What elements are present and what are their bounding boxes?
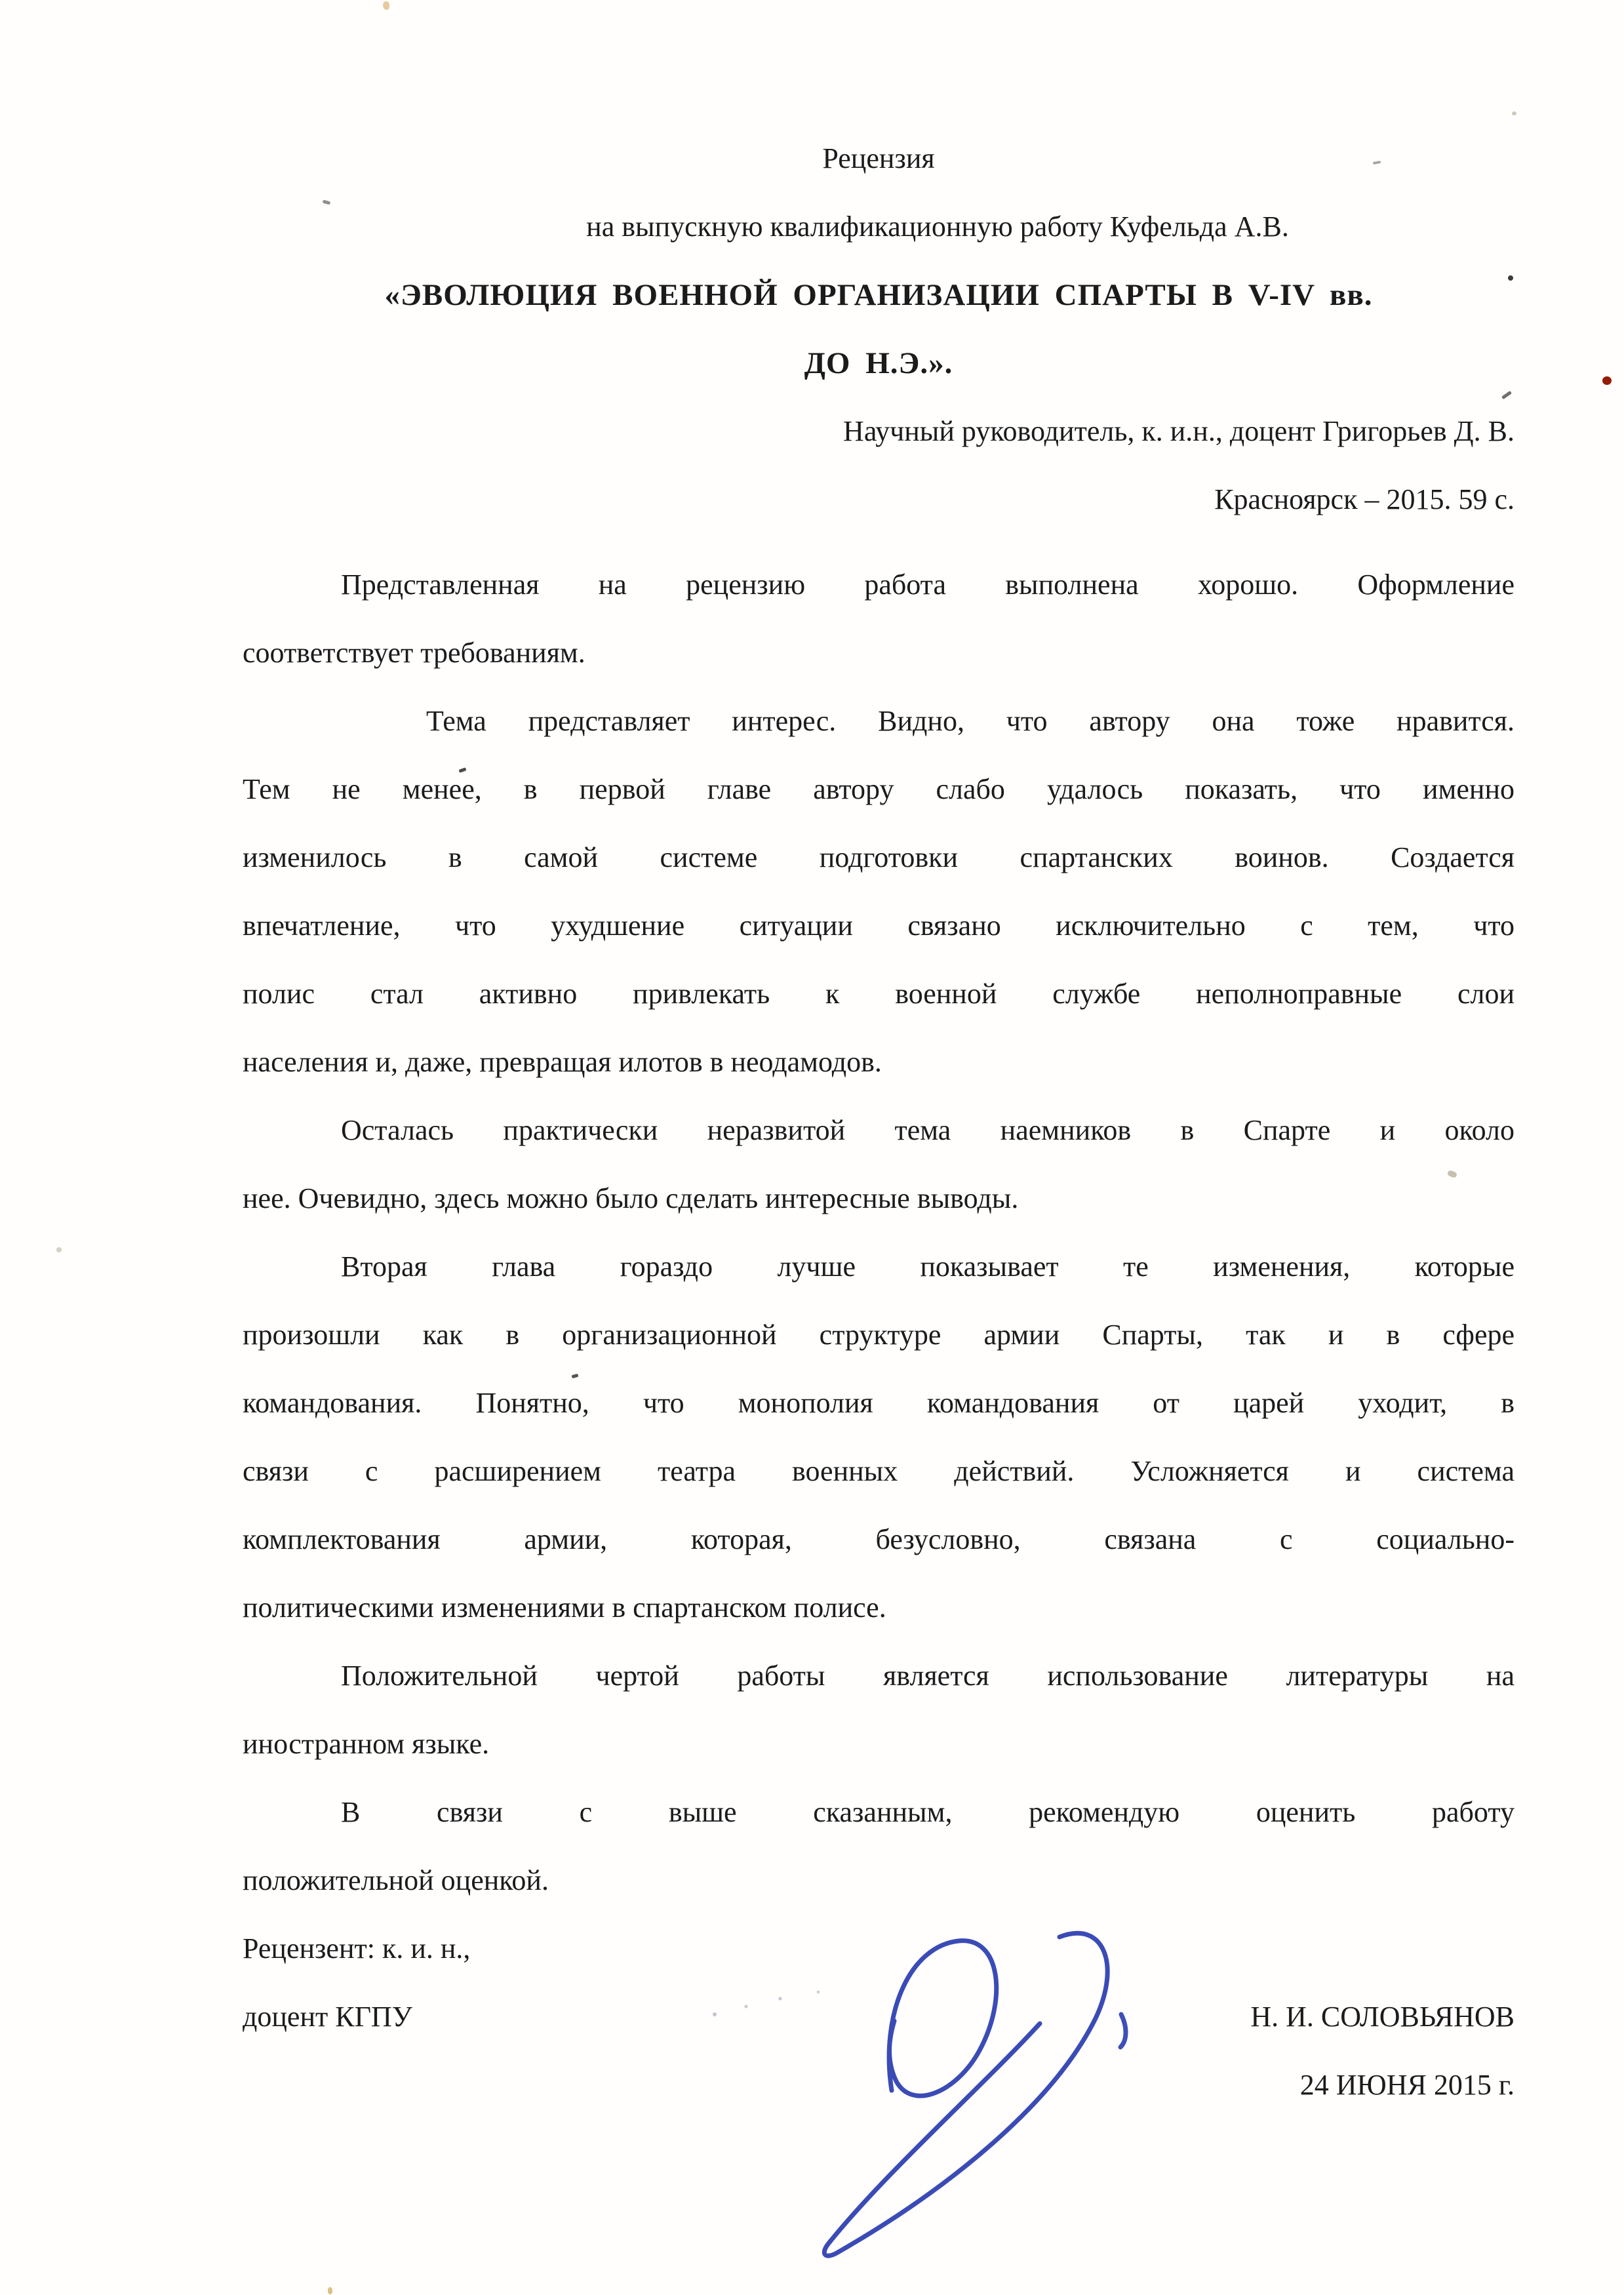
- scan-speck: [1512, 111, 1516, 115]
- scan-speck-red: [1602, 376, 1612, 385]
- body-line: Положительной чертой работы является исп…: [243, 1642, 1515, 1710]
- scanned-review-page: Рецензия на выпускную квалификационную р…: [0, 0, 1624, 2295]
- work-info-line: на выпускную квалификационную работу Куф…: [243, 193, 1515, 261]
- scan-speck: [383, 1, 389, 10]
- reviewer-degree-line: Рецензент: к. и. н.,: [243, 1915, 1515, 1983]
- body-line: полис стал активно привлекать к военной …: [243, 960, 1515, 1028]
- body-line: Тема представляет интерес. Видно, что ав…: [243, 687, 1515, 755]
- body-line: впечатление, что ухудшение ситуации связ…: [243, 892, 1515, 960]
- body-line: Вторая глава гораздо лучше показывает те…: [243, 1233, 1515, 1301]
- body-line: Тем не менее, в первой главе автору слаб…: [243, 755, 1515, 824]
- body-line: произошли как в организационной структур…: [243, 1301, 1515, 1369]
- reviewer-position-label: доцент КГПУ: [243, 1983, 412, 2051]
- scan-speck: [328, 2287, 332, 2294]
- supervisor-line: Научный руководитель, к. и.н., доцент Гр…: [243, 397, 1515, 466]
- body-line: иностранном языке.: [243, 1710, 1515, 1778]
- body-line: комплектования армии, которая, безусловн…: [243, 1506, 1515, 1574]
- body-line: политическими изменениями в спартанском …: [243, 1574, 1515, 1642]
- document-body: Рецензия на выпускную квалификационную р…: [243, 125, 1515, 2119]
- body-line: положительной оценкой.: [243, 1846, 1515, 1915]
- body-line: соответствует требованиям.: [243, 619, 1515, 687]
- city-year-line: Красноярск – 2015. 59 с.: [243, 466, 1515, 534]
- body-line: Представленная на рецензию работа выполн…: [243, 551, 1515, 619]
- doc-type-title: Рецензия: [243, 125, 1515, 193]
- body-line: командования. Понятно, что монополия ком…: [243, 1369, 1515, 1437]
- reviewer-signature-row: доцент КГПУ Н. И. СОЛОВЬЯНОВ: [243, 1983, 1515, 2051]
- body-line: Осталась практически неразвитой тема нае…: [243, 1096, 1515, 1165]
- scan-speck: [56, 1247, 62, 1252]
- reviewer-name: Н. И. СОЛОВЬЯНОВ: [1250, 1983, 1515, 2051]
- work-title-line-2: ДО Н.Э.».: [243, 329, 1515, 397]
- body-line: нее. Очевидно, здесь можно было сделать …: [243, 1165, 1515, 1233]
- body-line: В связи с выше сказанным, рекомендую оце…: [243, 1778, 1515, 1846]
- body-line: связи с расширением театра военных дейст…: [243, 1437, 1515, 1506]
- body-line: населения и, даже, превращая илотов в не…: [243, 1028, 1515, 1096]
- scan-speck: [1508, 275, 1513, 281]
- work-title-line-1: «ЭВОЛЮЦИЯ ВОЕННОЙ ОРГАНИЗАЦИИ СПАРТЫ В V…: [243, 261, 1515, 329]
- review-date: 24 ИЮНЯ 2015 г.: [243, 2051, 1515, 2119]
- body-line: изменилось в самой системе подготовки сп…: [243, 824, 1515, 892]
